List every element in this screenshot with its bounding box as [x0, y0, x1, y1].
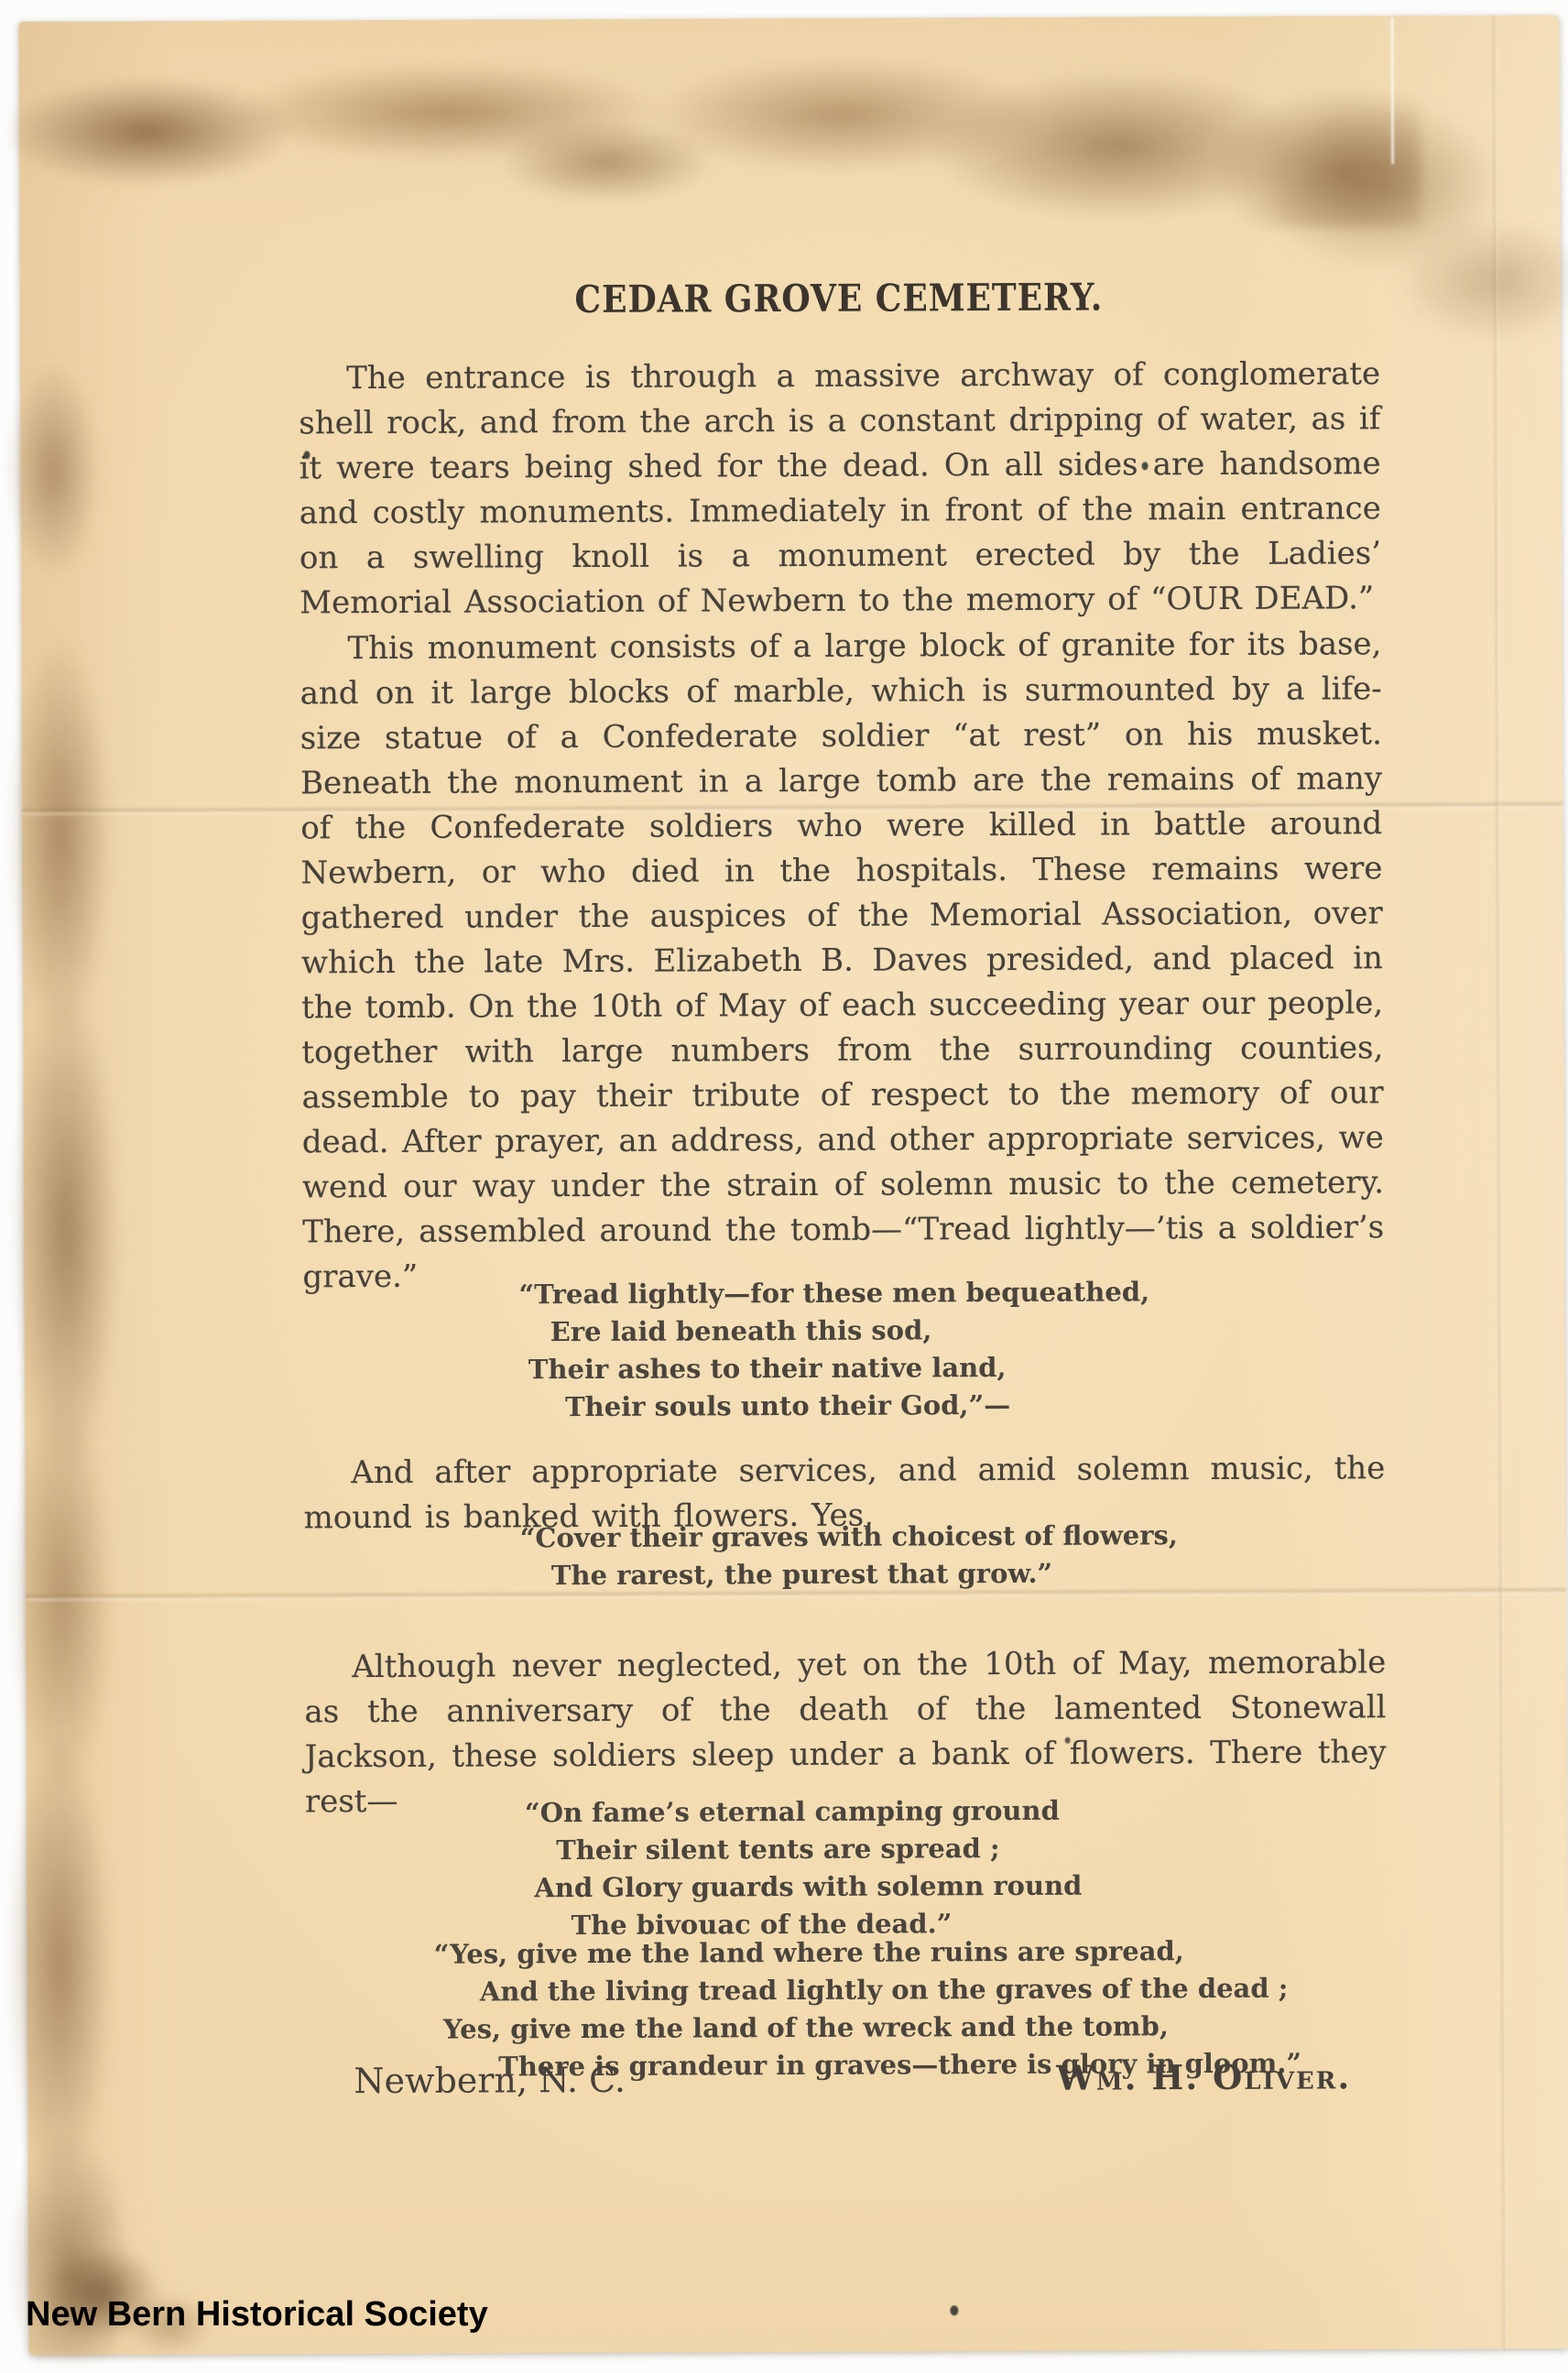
- scanned-document: CEDAR GROVE CEMETERY. The entrance is th…: [0, 0, 1568, 2373]
- signature-place: Newbern, N. C.: [354, 2060, 626, 2101]
- poem-line: And the living tread lightly on the grav…: [480, 1970, 1301, 2011]
- poem-line: The rarest, the purest that grow.”: [551, 1554, 1178, 1595]
- poem-line: “On fame’s eternal camping ground: [525, 1792, 1082, 1833]
- document-title: CEDAR GROVE CEMETERY.: [363, 275, 1314, 323]
- poem-line: “Tread lightly—for these men bequeathed,: [518, 1273, 1149, 1313]
- poem-line: Yes, give me the land of the wreck and t…: [443, 2008, 1301, 2049]
- signature-author: Wm. H. Oliver.: [1056, 2056, 1351, 2097]
- poem-quote-bivouac: “On fame’s eternal camping ground Their …: [525, 1792, 1083, 1945]
- paragraph-entrance: The entrance is through a massive archwa…: [299, 352, 1381, 626]
- poem-line: And Glory guards with solemn round: [534, 1867, 1082, 1908]
- poem-line: Their souls unto their God,”—: [565, 1386, 1150, 1426]
- signature-row: Newbern, N. C. Wm. H. Oliver.: [306, 2056, 1388, 2101]
- document-paper: CEDAR GROVE CEMETERY. The entrance is th…: [18, 15, 1568, 2355]
- poem-line: Their silent tents are spread ;: [556, 1830, 1082, 1870]
- poem-line: “Yes, give me the land where the ruins a…: [434, 1932, 1301, 1974]
- poem-line: “Cover their graves with choicest of flo…: [520, 1517, 1178, 1557]
- poem-quote-tread-lightly: “Tread lightly—for these men bequeathed,…: [518, 1273, 1149, 1426]
- paragraph-monument: This monument consists of a large block …: [299, 622, 1384, 1300]
- poem-line: Ere laid beneath this sod,: [550, 1311, 1150, 1351]
- watermark-text: New Bern Historical Society: [26, 2295, 488, 2335]
- poem-line: Their ashes to their native land,: [528, 1348, 1150, 1388]
- poem-quote-cover-graves: “Cover their graves with choicest of flo…: [520, 1517, 1179, 1595]
- printed-text-layer: CEDAR GROVE CEMETERY. The entrance is th…: [18, 15, 1568, 2355]
